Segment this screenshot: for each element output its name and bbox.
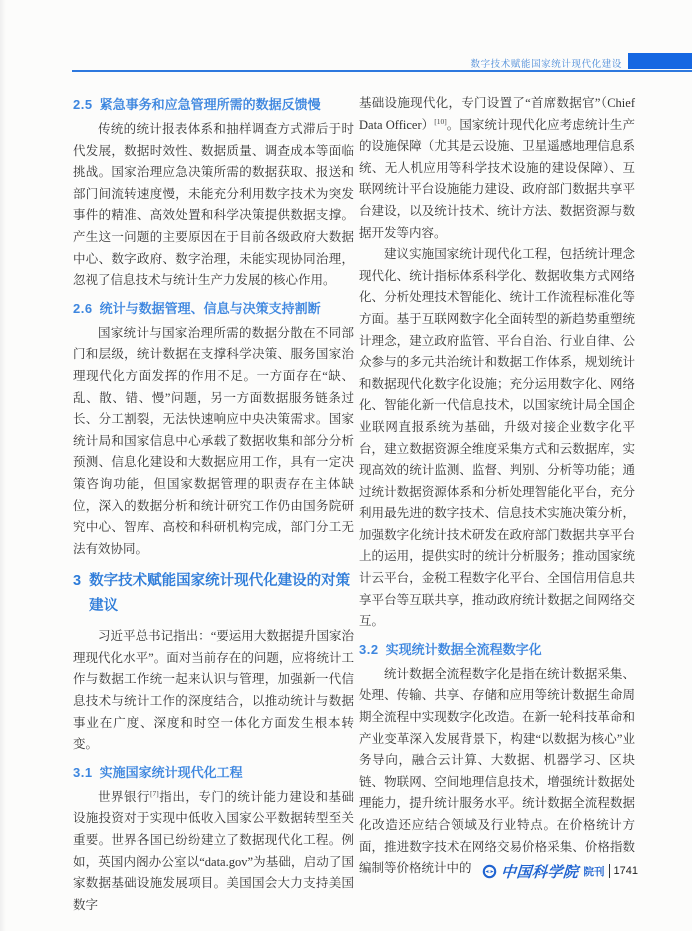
- paragraph-3-1-continued: 基础设施现代化，专门设置了“首席数据官”（Chief Data Officer）…: [359, 93, 635, 244]
- section-title: 实现统计数据全流程数字化: [386, 638, 542, 661]
- section-title: 紧急事务和应急管理所需的数据反馈慢: [100, 93, 321, 116]
- paragraph-2-6: 国家统计与国家治理所需的数据分散在不同部门和层级，统计数据在支撑科学决策、服务国…: [73, 323, 354, 561]
- section-number: 3.2: [359, 638, 379, 661]
- section-title: 统计与数据管理、信息与决策支持割断: [100, 297, 321, 320]
- page-number: 1741: [614, 865, 638, 877]
- reference-marker-7: [7]: [150, 789, 159, 798]
- section-number: 3: [73, 569, 81, 594]
- footer-divider: [609, 864, 610, 878]
- section-heading-2-5: 2.5 紧急事务和应急管理所需的数据反馈慢: [73, 93, 354, 116]
- section-number: 3.1: [73, 761, 93, 784]
- journal-page: 数字技术赋能国家统计现代化建设 2.5 紧急事务和应急管理所需的数据反馈慢 传统…: [0, 0, 692, 931]
- right-column: 基础设施现代化，专门设置了“首席数据官”（Chief Data Officer）…: [359, 93, 635, 880]
- header-rule: [72, 70, 692, 72]
- running-title: 数字技术赋能国家统计现代化建设: [470, 56, 622, 70]
- section-heading-3: 3 数字技术赋能国家统计现代化建设的对策建议: [73, 569, 354, 619]
- paragraph-text: 。国家统计现代化应考虑统计生产的设施保障（尤其是云设施、卫星遥感地理信息系统、无…: [359, 118, 635, 240]
- cas-logo-text: 中国科学院: [500, 861, 579, 882]
- cas-logo-icon: [482, 864, 497, 879]
- reference-marker-10: [10]: [434, 116, 447, 125]
- section-number: 2.6: [73, 297, 93, 320]
- paragraph-3-1: 世界银行[7]指出，专门的统计能力建设和基础设施投资对于实现中低收入国家公平数据…: [73, 787, 354, 917]
- paragraph-text: 指出，专门的统计能力建设和基础设施投资对于实现中低收入国家公平数据转型至关重要。…: [73, 790, 354, 912]
- left-column: 2.5 紧急事务和应急管理所需的数据反馈慢 传统的统计报表体系和抽样调查方式滞后…: [73, 93, 354, 916]
- paragraph-2-5: 传统的统计报表体系和抽样调查方式滞后于时代发展，数据时效性、数据质量、调查成本等…: [73, 119, 354, 292]
- journal-label: 院刊: [584, 864, 605, 879]
- paragraph-3-1-proposal: 建议实施国家统计现代化工程，包括统计理念现代化、统计指标体系科学化、数据收集方式…: [359, 244, 635, 633]
- header-accent-bar: [628, 53, 692, 69]
- section-title: 实施国家统计现代化工程: [100, 761, 243, 784]
- section-number: 2.5: [73, 93, 93, 116]
- paragraph-text: 世界银行: [98, 790, 150, 804]
- section-heading-3-2: 3.2 实现统计数据全流程数字化: [359, 638, 635, 661]
- section-heading-3-1: 3.1 实施国家统计现代化工程: [73, 761, 354, 784]
- page-footer: 中国科学院 院刊 1741: [482, 860, 638, 882]
- paragraph-3-2: 统计数据全流程数字化是指在统计数据采集、处理、传输、共享、存储和应用等统计数据生…: [359, 664, 635, 880]
- section-title: 数字技术赋能国家统计现代化建设的对策建议: [89, 569, 354, 619]
- paragraph-3-intro: 习近平总书记指出：“要运用大数据提升国家治理现代化水平”。面对当前存在的问题，应…: [73, 626, 354, 756]
- section-heading-2-6: 2.6 统计与数据管理、信息与决策支持割断: [73, 297, 354, 320]
